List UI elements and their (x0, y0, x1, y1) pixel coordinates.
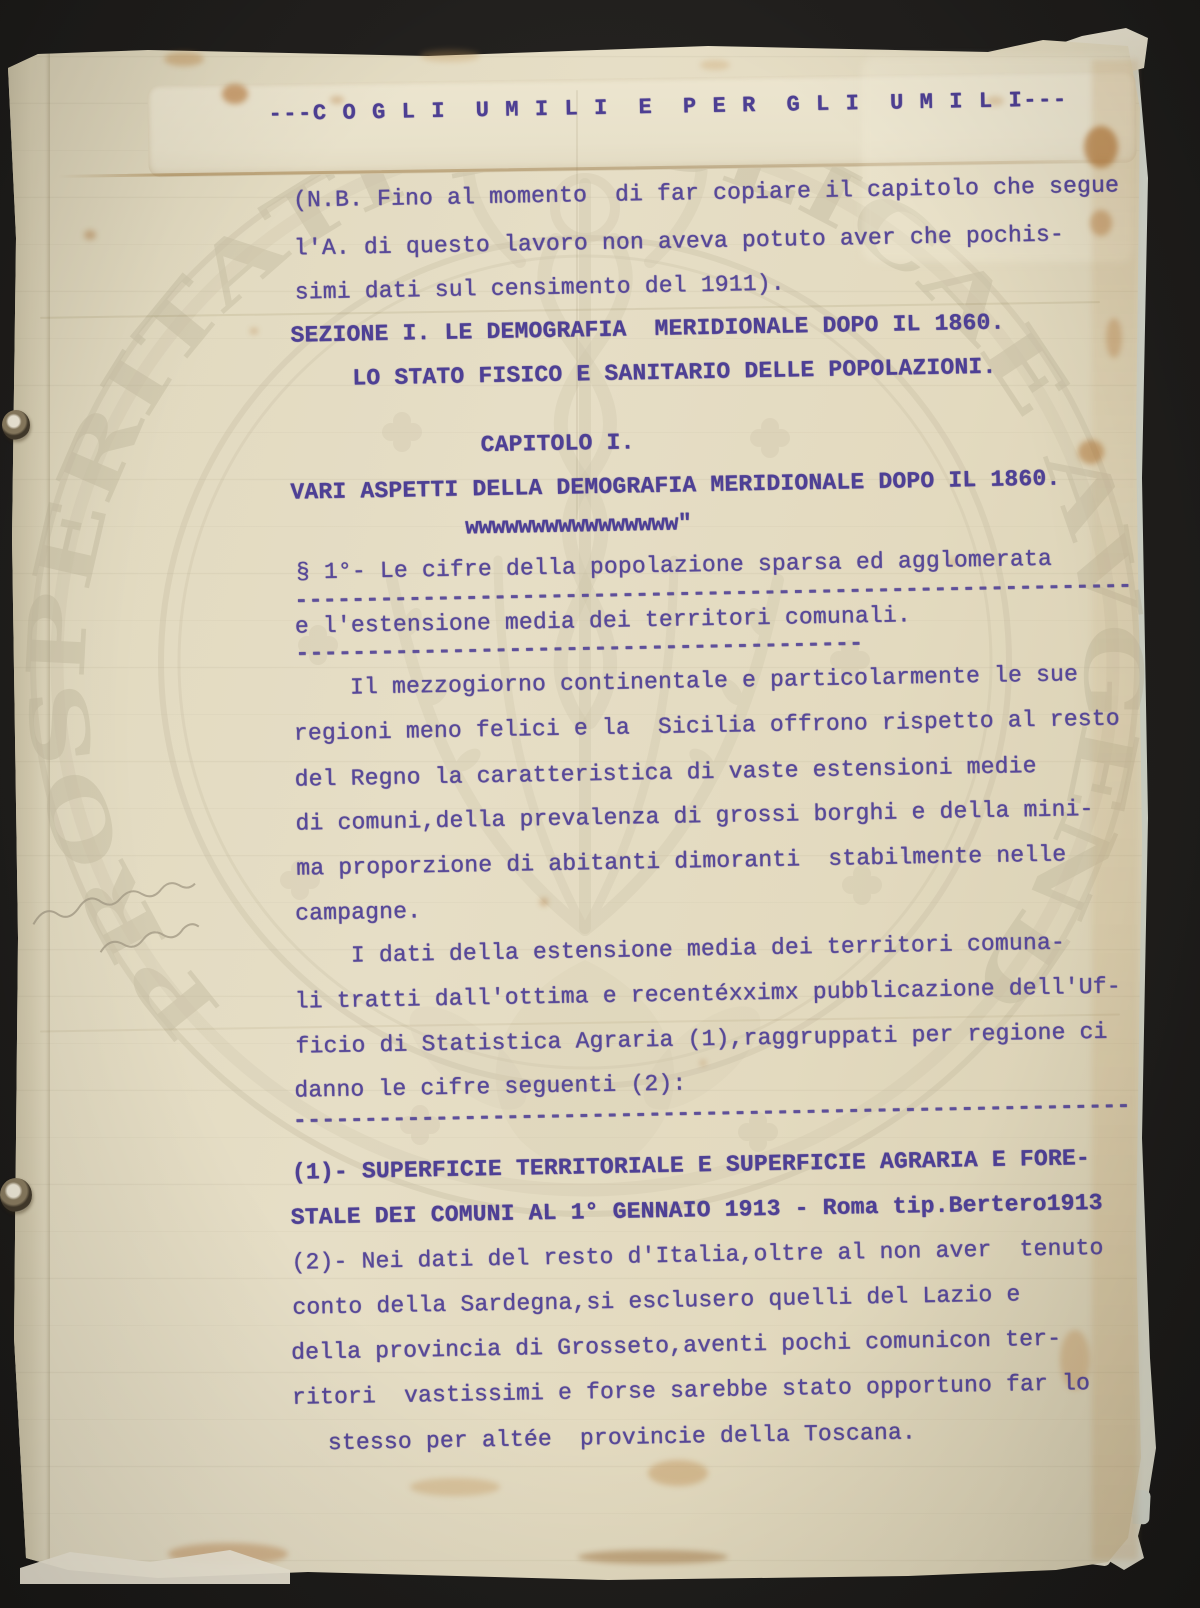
text-line: campagne. (295, 900, 421, 925)
text-line: I dati della estensione media dei territ… (351, 932, 1065, 968)
motto-banner-text: ---C O G L I U M I L I E P E R G L I U M… (268, 89, 1068, 126)
text-line: di comuni,della prevalenza di grossi bor… (295, 798, 1093, 836)
text-line: ficio di Statistica Agraria (1),raggrupp… (295, 1021, 1107, 1059)
text-line: danno le cifre seguenti (2): (294, 1072, 686, 1102)
text-line: della provincia di Grosseto,aventi pochi… (291, 1328, 1061, 1365)
text-line: Il mezzogiorno continentale e particolar… (350, 663, 1078, 699)
text-line: conto della Sardegna,si esclusero quelli… (292, 1283, 1020, 1319)
text-line: del Regno la caratteristica di vaste est… (294, 755, 1036, 792)
text-line: regioni meno felici e la Sicilia offrono… (294, 707, 1120, 745)
text-line: li tratti dall'ottima e recentéxximx pub… (295, 975, 1121, 1013)
section-title: SEZIONE I. LE DEMOGRAFIA MERIDIONALE DOP… (290, 312, 1004, 348)
text-line: stesso per altée provincie della Toscana… (328, 1421, 916, 1455)
text-line: ma proporzione di abitanti dimoranti sta… (296, 843, 1066, 880)
document-photo: PROSPERITATI PVBLICAE AVGENDAE (0, 0, 1200, 1608)
section-subtitle: LO STATO FISICO E SANITARIO DELLE POPOLA… (352, 356, 996, 391)
footnote-1-cont: STALE DEI COMUNI AL 1° GENNAIO 1913 - Ro… (291, 1192, 1103, 1230)
footnote-1: (1)- SUPERFICIE TERRITORIALE E SUPERFICI… (292, 1147, 1090, 1185)
footnote-2: (2)- Nei dati del resto d'Italia,oltre a… (291, 1237, 1103, 1275)
text-line: (N.B. Fino al momento di far copiare il … (293, 174, 1119, 212)
text-line: simi dati sul censimento del 1911). (295, 273, 785, 305)
typewritten-text-layer: ---C O G L I U M I L I E P E R G L I U M… (0, 0, 1200, 1608)
chapter-title: CAPITOLO I. (480, 431, 634, 457)
text-line: l'A. di questo lavoro non aveva potuto a… (294, 223, 1064, 260)
text-line: ritori vastissimi e forse sarebbe stato … (292, 1372, 1090, 1410)
typed-divider: wwwwwwwwwwwwwwww" (465, 512, 692, 539)
chapter-subtitle: VARI ASPETTI DELLA DEMOGRAFIA MERIDIONAL… (290, 468, 1060, 505)
